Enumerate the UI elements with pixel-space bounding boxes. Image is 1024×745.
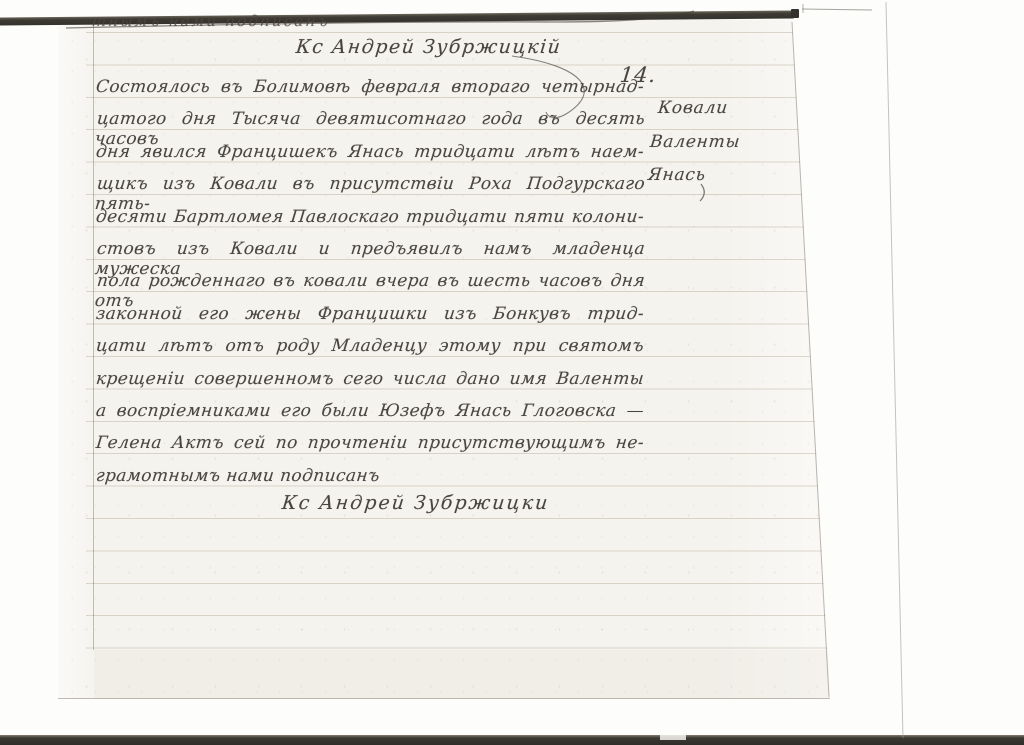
bottom-scan-bar <box>0 735 1024 745</box>
top-right-line <box>802 9 872 10</box>
handwriting-line: грамотнымъ нами подписанъ <box>95 466 645 486</box>
handwriting-line: а воспріемниками его были Юзефъ Янась Гл… <box>95 401 645 421</box>
handwriting-line: Состоялось въ Болимовѣ февраля втораго ч… <box>95 77 645 97</box>
handwriting-line: десяти Бартломея Павлоскаго тридцати пят… <box>95 207 645 227</box>
page-bottom-margin <box>94 650 830 698</box>
handwriting-line: дня явился Францишекъ Янась тридцати лѣт… <box>95 142 645 162</box>
handwriting-line: цати лѣтъ отъ роду Младенцу этому при св… <box>95 336 645 356</box>
sheet-edge-line <box>886 2 903 738</box>
priest-signature: Кс Андрей Зубржицки <box>281 492 551 514</box>
margin-note-village: Ковали <box>657 98 729 118</box>
scan-bar-gap <box>660 735 686 740</box>
handwriting-line: Гелена Актъ сей по прочтеніи присутствую… <box>95 433 645 453</box>
handwriting-line: крещеніи совершенномъ сего числа дано им… <box>95 369 645 389</box>
handwriting-line: законной его жены Францишки изъ Бонкувъ … <box>95 304 645 324</box>
record-heading-signature: Кс Андрей Зубржицкій <box>295 36 563 58</box>
previous-record-fragment: тнымъ нами подписанъ <box>91 12 331 30</box>
margin-note-child-first-name: Валенты <box>649 132 741 152</box>
scanned-document-view: { "doc": { "top_fragment": "тнымъ нами п… <box>0 0 1024 745</box>
left-margin-rule <box>93 22 94 650</box>
margin-note-child-surname: Янась <box>647 165 707 185</box>
